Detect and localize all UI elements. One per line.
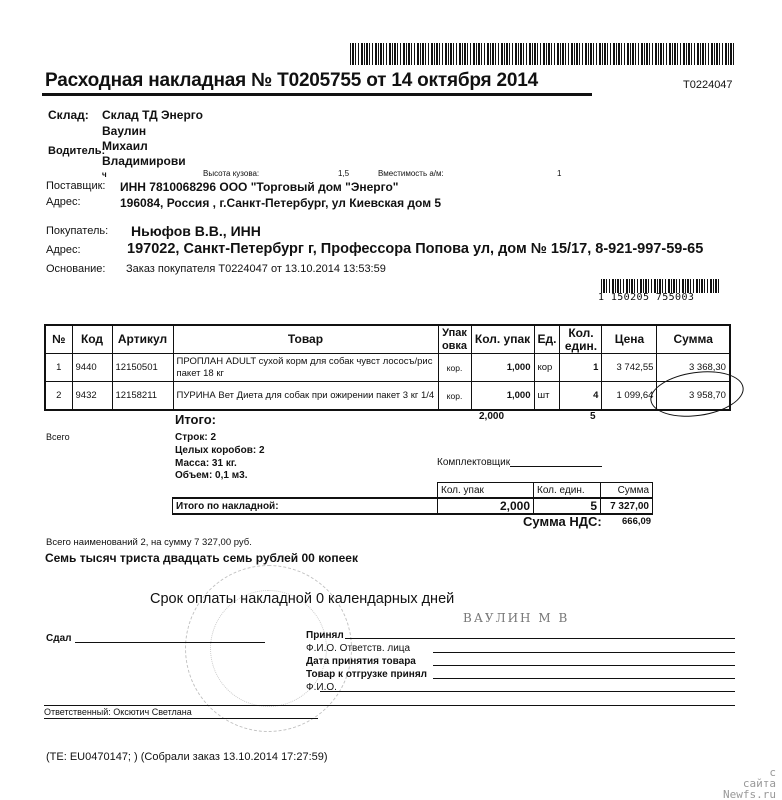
accepted-label: Принял bbox=[306, 630, 344, 641]
row-unit: кор bbox=[534, 354, 560, 382]
driver-name-line-3: Владимирови bbox=[102, 154, 186, 168]
handwritten-name: ВАУЛИН М В bbox=[463, 611, 569, 625]
header-num: № bbox=[45, 325, 72, 354]
table-row: 2 9432 12158211 ПУРИНА Вет Диета для соб… bbox=[45, 382, 730, 411]
handed-label: Сдал bbox=[46, 633, 71, 644]
driver-name-line-1: Ваулин bbox=[102, 124, 146, 138]
capacity-value: 1 bbox=[557, 169, 561, 178]
items-table: № Код Артикул Товар Упак овка Кол. упак … bbox=[44, 324, 731, 411]
totals-boxes: Целых коробов: 2 bbox=[175, 445, 265, 456]
header-article: Артикул bbox=[112, 325, 173, 354]
summary-header-sum: Сумма bbox=[601, 483, 653, 499]
totals-volume: Объем: 0,1 м3. bbox=[175, 470, 247, 481]
row-article: 12150501 bbox=[112, 354, 173, 382]
row-code: 9440 bbox=[72, 354, 112, 382]
row-code: 9432 bbox=[72, 382, 112, 411]
summary-header-pack-qty: Кол. упак bbox=[438, 483, 534, 499]
picker-label: Комплектовщик bbox=[437, 457, 510, 468]
header-packaging: Упак овка bbox=[438, 325, 471, 354]
driver-label: Водитель: bbox=[48, 145, 105, 157]
responsible-person: Ответственный: Оксютич Светлана bbox=[44, 707, 192, 717]
body-height-value: 1,5 bbox=[338, 169, 349, 178]
accept-date-label: Дата принятия товара bbox=[306, 656, 416, 667]
buyer-value: Ньюфов В.В., ИНН bbox=[131, 223, 261, 239]
row-pack: кор. bbox=[438, 354, 471, 382]
vsego-label: Всего bbox=[46, 432, 70, 442]
summary-unit-qty: 5 bbox=[534, 498, 601, 514]
barcode-number: 1 150205 755003 bbox=[598, 292, 694, 303]
row-pack-qty: 1,000 bbox=[471, 354, 534, 382]
header-sum: Сумма bbox=[657, 325, 730, 354]
accepted-signature-line bbox=[345, 638, 735, 639]
table-total-pack-qty: 2,000 bbox=[479, 411, 504, 422]
basis-label: Основание: bbox=[46, 263, 105, 275]
itogo-label: Итого: bbox=[175, 412, 216, 427]
header-price: Цена bbox=[602, 325, 657, 354]
header-unit: Ед. bbox=[534, 325, 560, 354]
row-unit-qty: 4 bbox=[560, 382, 602, 411]
accept-date-line bbox=[433, 665, 735, 666]
supplier-address: 196084, Россия , г.Санкт-Петербург, ул К… bbox=[120, 196, 441, 210]
row-price: 3 742,55 bbox=[602, 354, 657, 382]
summary-label: Итого по накладной: bbox=[173, 498, 438, 514]
table-header-row: № Код Артикул Товар Упак овка Кол. упак … bbox=[45, 325, 730, 354]
document-title: Расходная накладная № Т0205755 от 14 окт… bbox=[45, 70, 538, 92]
responsible-fio-line bbox=[433, 652, 735, 653]
shipment-accepted-line bbox=[433, 678, 735, 679]
table-row: 1 9440 12150501 ПРОПЛАН ADULT сухой корм… bbox=[45, 354, 730, 382]
row-pack: кор. bbox=[438, 382, 471, 411]
capacity-label: Вместимость а/м: bbox=[378, 169, 444, 178]
basis-value: Заказ покупателя Т0224047 от 13.10.2014 … bbox=[126, 263, 386, 275]
supplier-label: Поставщик: bbox=[46, 180, 105, 192]
header-product: Товар bbox=[173, 325, 438, 354]
header-code: Код bbox=[72, 325, 112, 354]
totals-mass: Масса: 31 кг. bbox=[175, 458, 237, 469]
warehouse-value: Склад ТД Энерго bbox=[102, 108, 203, 122]
summary-sum: 7 327,00 bbox=[601, 498, 653, 514]
order-reference: Т0224047 bbox=[683, 79, 733, 91]
handed-signature-line bbox=[75, 642, 265, 643]
summary-header-row: Кол. упак Кол. един. Сумма bbox=[173, 483, 653, 499]
row-product: ПУРИНА Вет Диета для собак при ожирении … bbox=[173, 382, 438, 411]
supplier-address-label: Адрес: bbox=[46, 196, 81, 208]
header-pack-qty: Кол. упак bbox=[471, 325, 534, 354]
row-unit-qty: 1 bbox=[560, 354, 602, 382]
table-total-unit-qty: 5 bbox=[590, 411, 596, 422]
te-line: (ТЕ: EU0470147; ) (Собрали заказ 13.10.2… bbox=[46, 751, 328, 763]
picker-signature-line bbox=[510, 466, 602, 467]
summary-pack-qty: 2,000 bbox=[438, 498, 534, 514]
buyer-address: 197022, Санкт-Петербург г, Профессора По… bbox=[127, 241, 703, 257]
driver-name-line-2: Михаил bbox=[102, 139, 148, 153]
row-price: 1 099,64 bbox=[602, 382, 657, 411]
shipment-accepted-label: Товар к отгрузке принял bbox=[306, 669, 427, 680]
buyer-address-label: Адрес: bbox=[46, 244, 81, 256]
row-num: 1 bbox=[45, 354, 72, 382]
fio-line bbox=[320, 691, 735, 692]
separator-line bbox=[44, 705, 735, 706]
supplier-value: ИНН 7810068296 ООО "Торговый дом "Энерго… bbox=[120, 180, 398, 194]
items-count-line: Всего наименований 2, на сумму 7 327,00 … bbox=[46, 537, 252, 548]
title-underline bbox=[42, 93, 592, 96]
header-unit-qty: Кол. един. bbox=[560, 325, 602, 354]
top-barcode bbox=[350, 43, 735, 65]
payment-term: Срок оплаты накладной 0 календарных дней bbox=[150, 591, 454, 607]
amount-in-words: Семь тысяч триста двадцать семь рублей 0… bbox=[45, 551, 358, 565]
warehouse-label: Склад: bbox=[48, 108, 89, 122]
summary-header-unit-qty: Кол. един. bbox=[534, 483, 601, 499]
row-product: ПРОПЛАН ADULT сухой корм для собак чувст… bbox=[173, 354, 438, 382]
row-article: 12158211 bbox=[112, 382, 173, 411]
vat-label: Сумма НДС: bbox=[523, 514, 602, 529]
row-num: 2 bbox=[45, 382, 72, 411]
row-pack-qty: 1,000 bbox=[471, 382, 534, 411]
watermark-line-3: Newfs.ru bbox=[723, 788, 776, 800]
row-unit: шт bbox=[534, 382, 560, 411]
responsible-underline bbox=[44, 718, 318, 719]
vat-value: 666,09 bbox=[622, 516, 651, 527]
summary-total-row: Итого по накладной: 2,000 5 7 327,00 bbox=[173, 498, 653, 514]
totals-rows: Строк: 2 bbox=[175, 432, 216, 443]
buyer-label: Покупатель: bbox=[46, 225, 108, 237]
driver-name-line-4: ч bbox=[102, 170, 107, 179]
summary-table: Кол. упак Кол. един. Сумма Итого по накл… bbox=[172, 482, 653, 515]
responsible-fio-label: Ф.И.О. Ответств. лица bbox=[306, 643, 410, 654]
small-barcode bbox=[601, 279, 719, 293]
body-height-label: Высота кузова: bbox=[203, 169, 259, 178]
